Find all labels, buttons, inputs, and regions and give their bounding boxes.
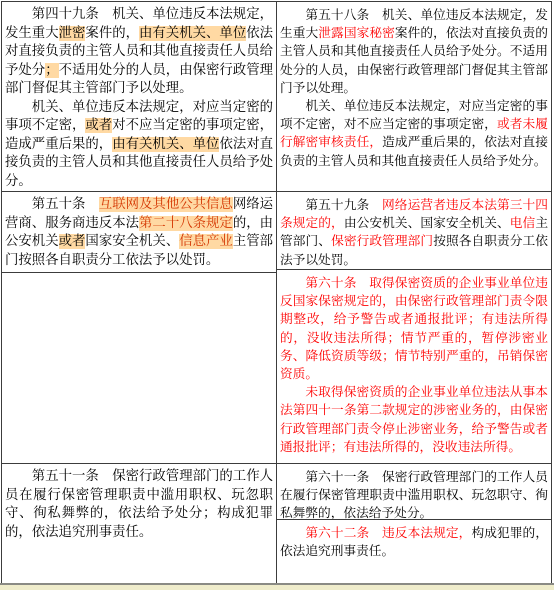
text-run: 案件的， [85, 26, 139, 41]
old-law-column: 第四十九条 机关、单位违反本法规定，发生重大泄密案件的，由有关机关、单位依法对直… [2, 2, 277, 583]
red-text: 第六十条 取得保密资质的企业事业单位违反国家保密规定的，由保密行政管理部门责令限… [280, 275, 548, 381]
law-comparison-document: 第四十九条 机关、单位违反本法规定，发生重大泄密案件的，由有关机关、单位依法对直… [0, 0, 554, 590]
highlighted-text: 由有关机关、单位 [112, 137, 219, 152]
text-run: 第五十一条 保密行政管理部门的工作人员在履行保密管理职责中滥用职权、玩忽职守、徇… [5, 469, 273, 540]
highlighted-text: 第二十八条规定 [139, 216, 233, 231]
highlighted-text: 互联网及其他公共信息 [99, 197, 233, 212]
highlighted-text: 或者 [85, 118, 112, 133]
text-run: 国家安全机关、 [85, 234, 179, 249]
table-cell: 第六十条 取得保密资质的企业事业单位违反国家保密规定的，由保密行政管理部门责令限… [277, 270, 551, 464]
table-cell: 第四十九条 机关、单位违反本法规定，发生重大泄密案件的，由有关机关、单位依法对直… [2, 2, 276, 192]
paragraph: 第六十条 取得保密资质的企业事业单位违反国家保密规定的，由保密行政管理部门责令限… [280, 274, 548, 383]
paragraph: 第五十条 互联网及其他公共信息网络运营商、服务商违反本法第二十八条规定的，由公安… [5, 196, 273, 270]
highlighted-text: 信息产业 [179, 234, 233, 249]
text-run: 第六十一条 保密行政管理部门的工作人员在履行保密管理职责中滥用职权、玩忽职守、徇… [280, 469, 548, 520]
paragraph: 第五十九条 网络运营者违反本法第三十四条规定的，由公安机关、国家安全机关、电信主… [280, 196, 548, 269]
red-text: 未取得保密资质的企业事业单位违法从事本法第四十一条第二款规定的涉密业务的，由保密… [280, 384, 548, 454]
clipped-next-row-strip [0, 585, 554, 590]
paragraph: 第四十九条 机关、单位违反本法规定，发生重大泄密案件的，由有关机关、单位依法对直… [5, 6, 273, 99]
highlighted-text: ； [45, 63, 58, 78]
text-run: 第五十条 [32, 197, 99, 212]
table-cell: 第五十条 互联网及其他公共信息网络运营商、服务商违反本法第二十八条规定的，由公安… [2, 192, 276, 273]
red-text: 保密行政管理部门 [331, 233, 433, 248]
paragraph: 机关、单位违反本法规定，对应当定密的事项不定密，对不应当定密的事项定密，或者未履… [280, 97, 548, 170]
paragraph: 机关、单位违反本法规定，对应当定密的事项不定密，或者对不应当定密的事项定密，造成… [5, 99, 273, 192]
text-run: 第五十九条 [305, 197, 382, 212]
highlighted-text: 或者 [59, 234, 86, 249]
highlighted-text: 由有关机关、单位 [139, 26, 246, 41]
new-law-column: 第五十八条 机关、单位违反本法规定，发生重大泄露国家秘密案件的，依法对直接负责的… [277, 2, 551, 583]
text-run: 由公安机关、国家安全机关、 [344, 215, 510, 230]
table-cell: 第六十一条 保密行政管理部门的工作人员在履行保密管理职责中滥用职权、玩忽职守、徇… [277, 464, 551, 520]
table-cell: 第五十八条 机关、单位违反本法规定，发生重大泄露国家秘密案件的，依法对直接负责的… [277, 2, 551, 192]
red-text: 泄露国家秘密 [318, 25, 395, 40]
red-text: 电信 [510, 215, 536, 230]
table-cell [2, 273, 276, 464]
red-text: 第六十二条 违反本法规定， [305, 525, 471, 540]
table-cell: 第六十二条 违反本法规定，构成犯罪的，依法追究刑事责任。 [277, 520, 551, 583]
paragraph: 第六十一条 保密行政管理部门的工作人员在履行保密管理职责中滥用职权、玩忽职守、徇… [280, 468, 548, 520]
highlighted-text: 泄密 [59, 26, 86, 41]
paragraph: 第六十二条 违反本法规定，构成犯罪的，依法追究刑事责任。 [280, 524, 548, 560]
paragraph: 第五十一条 保密行政管理部门的工作人员在履行保密管理职责中滥用职权、玩忽职守、徇… [5, 468, 273, 542]
table-cell: 第五十九条 网络运营者违反本法第三十四条规定的，由公安机关、国家安全机关、电信主… [277, 192, 551, 270]
comparison-table: 第四十九条 机关、单位违反本法规定，发生重大泄密案件的，由有关机关、单位依法对直… [1, 1, 552, 584]
table-cell: 第五十一条 保密行政管理部门的工作人员在履行保密管理职责中滥用职权、玩忽职守、徇… [2, 464, 276, 583]
paragraph: 第五十八条 机关、单位违反本法规定，发生重大泄露国家秘密案件的，依法对直接负责的… [280, 6, 548, 97]
paragraph: 未取得保密资质的企业事业单位违法从事本法第四十一条第二款规定的涉密业务的，由保密… [280, 383, 548, 456]
